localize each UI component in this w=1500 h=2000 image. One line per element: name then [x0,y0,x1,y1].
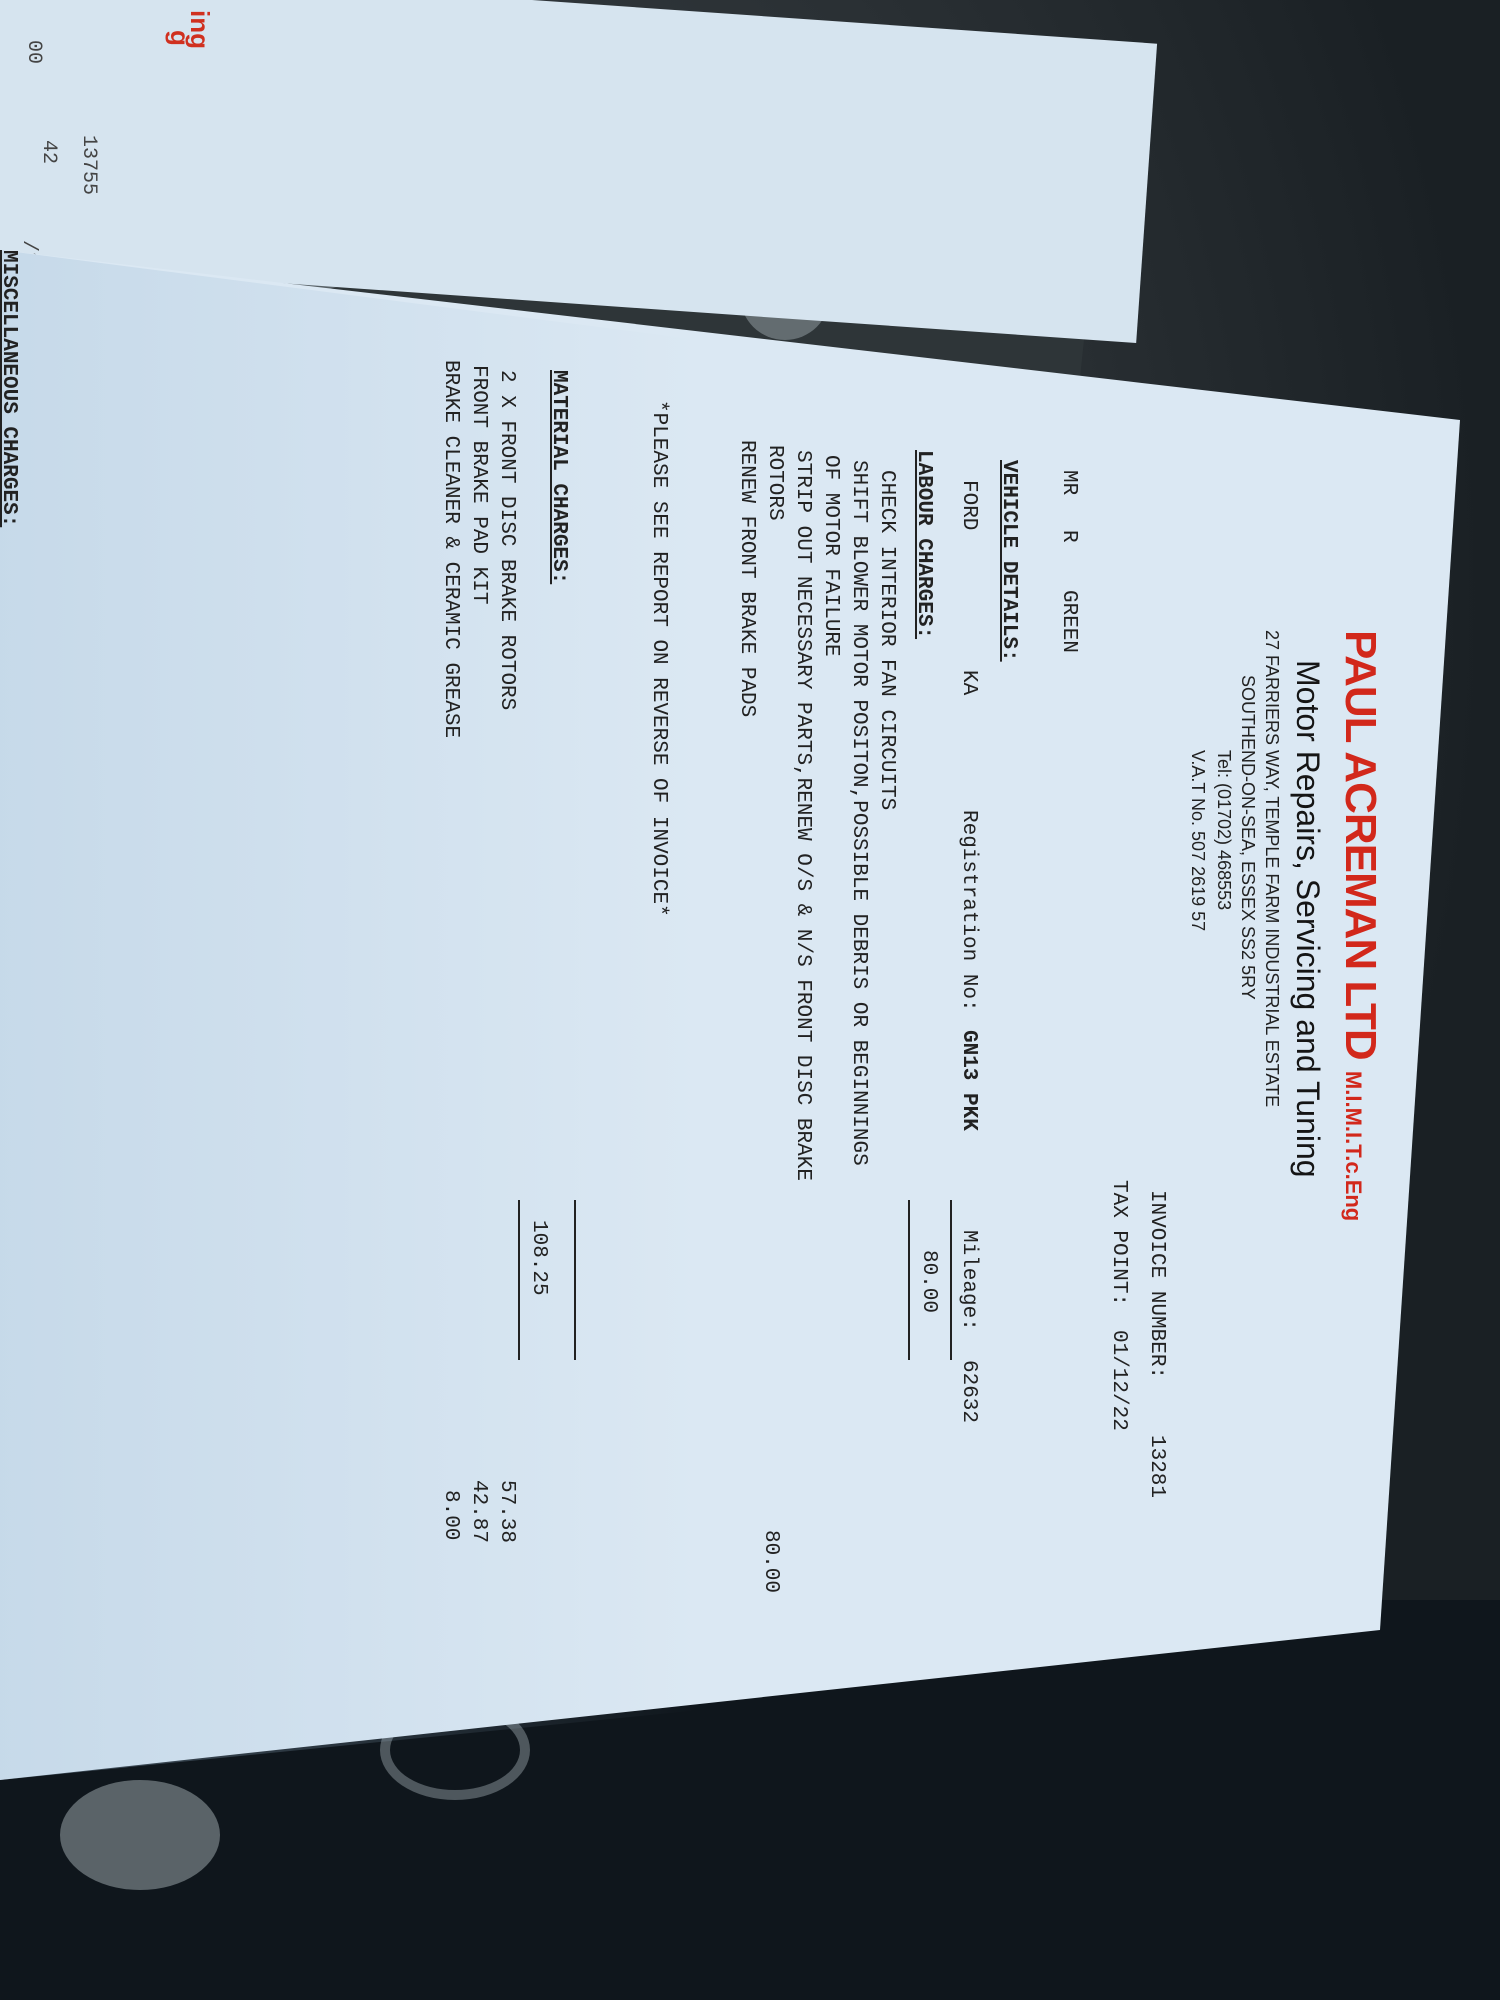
invoice-sheet: PAUL ACREMAN LTD M.I.M.I.T.c.Eng Motor R… [180,330,1380,1730]
registration-number: GN13 PKK [957,1030,980,1131]
tax-point-date: 01/12/22 [1107,1330,1130,1431]
seat-pattern [60,1780,220,1890]
vehicle-model: KA [957,670,980,695]
customer-title: MR [1057,470,1080,495]
labour-line: STRIP OUT NECESSARY PARTS,RENEW O/S & N/… [791,450,814,1181]
labour-line: CHECK INTERIOR FAN CIRCUITS [875,470,898,810]
misc-charges-heading: MISCELLANEOUS CHARGES: [0,250,20,527]
rear-sheet-fragment: 13755 [77,135,100,195]
material-item: BRAKE CLEANER & CERAMIC GREASE [439,360,462,738]
mileage-value: 62632 [957,1360,980,1423]
labour-line: ROTORS [763,445,786,521]
rear-sheet-fragment: 00 [22,40,45,64]
business-tagline: Motor Repairs, Servicing and Tuning [1289,660,1326,1178]
labour-line-amount: 80.00 [759,1530,782,1593]
mileage-label: Mileage: [957,1230,980,1331]
customer-surname: GREEN [1057,590,1080,653]
business-name-text: PAUL ACREMAN LTD [1336,630,1385,1060]
labour-line: SHIFT BLOWER MOTOR POSITON,POSSIBLE DEBR… [847,460,870,1166]
material-item: 2 X FRONT DISC BRAKE ROTORS [495,370,518,710]
labour-charges-heading: LABOUR CHARGES: [912,450,935,639]
material-item-amount: 57.38 [495,1480,518,1543]
material-item: FRONT BRAKE PAD KIT [467,365,490,604]
subtotal-rule [908,1200,910,1360]
business-address-line1: 27 FARRIERS WAY, TEMPLE FARM INDUSTRIAL … [1261,630,1282,1107]
business-phone: Tel: (01702) 468553 [1213,750,1234,910]
invoice-number: 13281 [1145,1435,1168,1498]
rear-sheet-fragment: g [164,30,195,46]
labour-line: RENEW FRONT BRAKE PADS [735,440,758,717]
business-address-line2: SOUTHEND-ON-SEA, ESSEX SS2 5RY [1237,675,1258,1000]
material-charges-heading: MATERIAL CHARGES: [547,370,570,584]
materials-subtotal: 108.25 [527,1220,550,1296]
material-item-amount: 42.87 [467,1480,490,1543]
labour-subtotal: 80.00 [917,1250,940,1313]
material-item-amount: 8.00 [439,1490,462,1540]
subtotal-rule [950,1200,952,1360]
tax-point-label: TAX POINT: [1107,1180,1130,1306]
invoice-number-label: INVOICE NUMBER: [1145,1190,1168,1379]
vehicle-make: FORD [957,480,980,530]
business-qualification: M.I.M.I.T.c.Eng [1341,1071,1366,1221]
business-name: PAUL ACREMAN LTD M.I.M.I.T.c.Eng [1335,630,1385,1221]
registration-label: Registration No: [957,810,980,1012]
customer-initial: R [1057,530,1080,543]
business-vat: V.A.T No. 507 2619 57 [1187,750,1208,931]
vehicle-details-heading: VEHICLE DETAILS: [997,460,1020,662]
labour-line: OF MOTOR FAILURE [819,455,842,657]
rear-sheet-fragment: 42 [37,140,60,164]
subtotal-rule [518,1200,520,1360]
subtotal-rule [574,1200,576,1360]
report-notice: *PLEASE SEE REPORT ON REVERSE OF INVOICE… [647,400,670,917]
